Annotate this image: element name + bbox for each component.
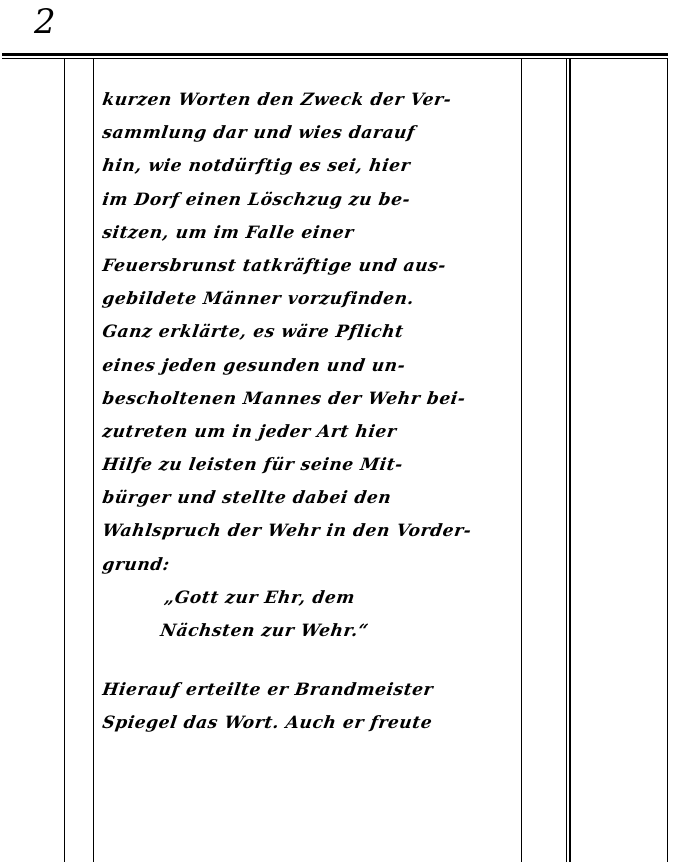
text-line: zutreten um in jeder Art hier <box>100 416 523 449</box>
text-line: sammlung dar und wies darauf <box>100 117 523 150</box>
text-line: bescholtenen Mannes der Wehr bei- <box>100 383 523 416</box>
handwritten-text-column: kurzen Worten den Zweck der Ver- sammlun… <box>100 84 518 741</box>
text-line: Hilfe zu leisten für seine Mit- <box>100 449 523 482</box>
page-number: 2 <box>34 2 56 42</box>
text-line: sitzen, um im Falle einer <box>100 217 523 250</box>
text-line: Wahlspruch der Wehr in den Vorder- <box>100 515 523 548</box>
text-line: Ganz erklärte, es wäre Pflicht <box>100 316 523 349</box>
motto-line: Nächsten zur Wehr.“ <box>100 615 523 648</box>
text-line: im Dorf einen Löschzug zu be- <box>100 184 523 217</box>
motto-line: „Gott zur Ehr, dem <box>100 582 523 615</box>
text-line: bürger und stellte dabei den <box>100 482 523 515</box>
paragraph-gap <box>100 648 518 674</box>
margin-rule-right-outer <box>667 58 668 862</box>
margin-rule-left-inner <box>93 58 94 862</box>
text-line: Hierauf erteilte er Brandmeister <box>100 674 523 707</box>
text-line: Feuersbrunst tatkräftige und aus- <box>100 250 523 283</box>
text-line: gebildete Männer vorzufinden. <box>100 283 523 316</box>
margin-rule-right-double-b <box>569 58 571 862</box>
margin-rule-left-outer <box>64 58 65 862</box>
text-line: grund: <box>100 549 523 582</box>
text-line: hin, wie notdürftig es sei, hier <box>100 150 523 183</box>
margin-rule-right-inner <box>521 58 522 862</box>
text-line: Spiegel das Wort. Auch er freute <box>100 707 523 740</box>
text-line: eines jeden gesunden und un- <box>100 350 523 383</box>
text-line: kurzen Worten den Zweck der Ver- <box>100 84 523 117</box>
header-rule-thick <box>2 53 668 56</box>
margin-rule-right-double-a <box>566 58 567 862</box>
